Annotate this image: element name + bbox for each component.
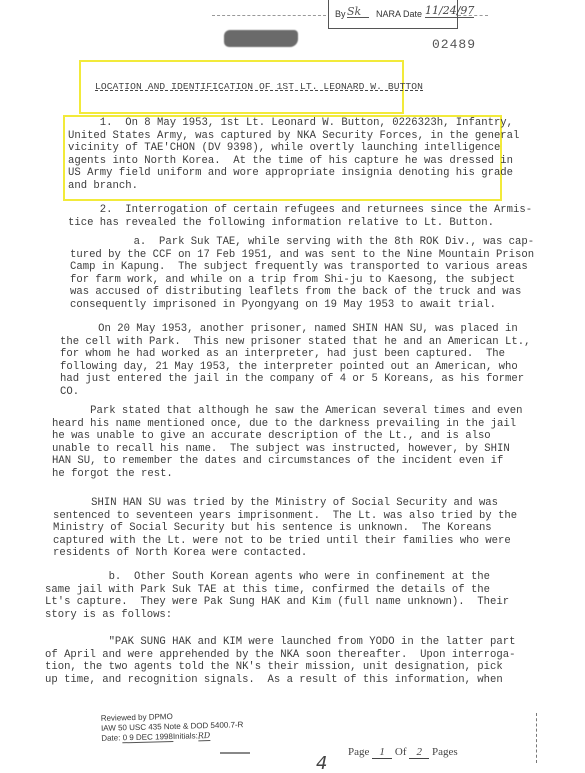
page-label: Page: [348, 746, 369, 758]
of-label: Of: [395, 746, 407, 758]
total-pages: 2: [409, 746, 429, 759]
margin-dashed-line: [536, 713, 537, 763]
handwritten-page-number: 4: [316, 753, 327, 773]
page-indicator: Page 1 Of 2 Pages: [348, 746, 458, 759]
review-stamp: Reviewed by DPMO IAW 50 USC 435 Note & D…: [101, 710, 244, 744]
stamp-date: 11/24/97: [425, 4, 474, 18]
document-title: LOCATION AND IDENTIFICATION OF 1ST LT. L…: [95, 81, 423, 92]
paragraph-2b: b. Other South Korean agents who were in…: [45, 571, 509, 621]
declassification-stamp: By Sk NARA Date 11/24/97: [328, 0, 458, 29]
pages-label: Pages: [432, 746, 458, 758]
paragraph-2: 2. Interrogation of certain refugees and…: [68, 204, 532, 229]
paragraph-1: 1. On 8 May 1953, 1st Lt. Leonard W. But…: [68, 117, 519, 193]
page-number: 1: [372, 746, 392, 759]
paragraph-2a: a. Park Suk TAE, while serving with the …: [70, 236, 534, 312]
review-line-1: Reviewed by DPMO: [101, 712, 173, 723]
ink-smudge: [220, 752, 250, 754]
redaction-mark: [224, 30, 298, 47]
paragraph-park-statement: Park stated that although he saw the Ame…: [52, 405, 522, 481]
stamp-by-label: By: [335, 9, 346, 19]
separator-line: [212, 15, 326, 16]
review-initials-value: RD: [198, 731, 211, 741]
paragraph-trial: SHIN HAN SU was tried by the Ministry of…: [53, 497, 517, 560]
review-initials-label: Initials:: [173, 731, 198, 741]
review-date-value: 0 9 DEC 1998: [123, 732, 174, 743]
paragraph-2a-continued: On 20 May 1953, another prisoner, named …: [60, 323, 530, 399]
paragraph-story-quote: "PAK SUNG HAK and KIM were launched from…: [45, 636, 515, 686]
review-date-label: Date:: [101, 733, 120, 742]
stamp-signature: Sk: [347, 5, 369, 18]
document-number: 02489: [432, 37, 476, 52]
stamp-agency-label: NARA Date: [376, 9, 422, 19]
